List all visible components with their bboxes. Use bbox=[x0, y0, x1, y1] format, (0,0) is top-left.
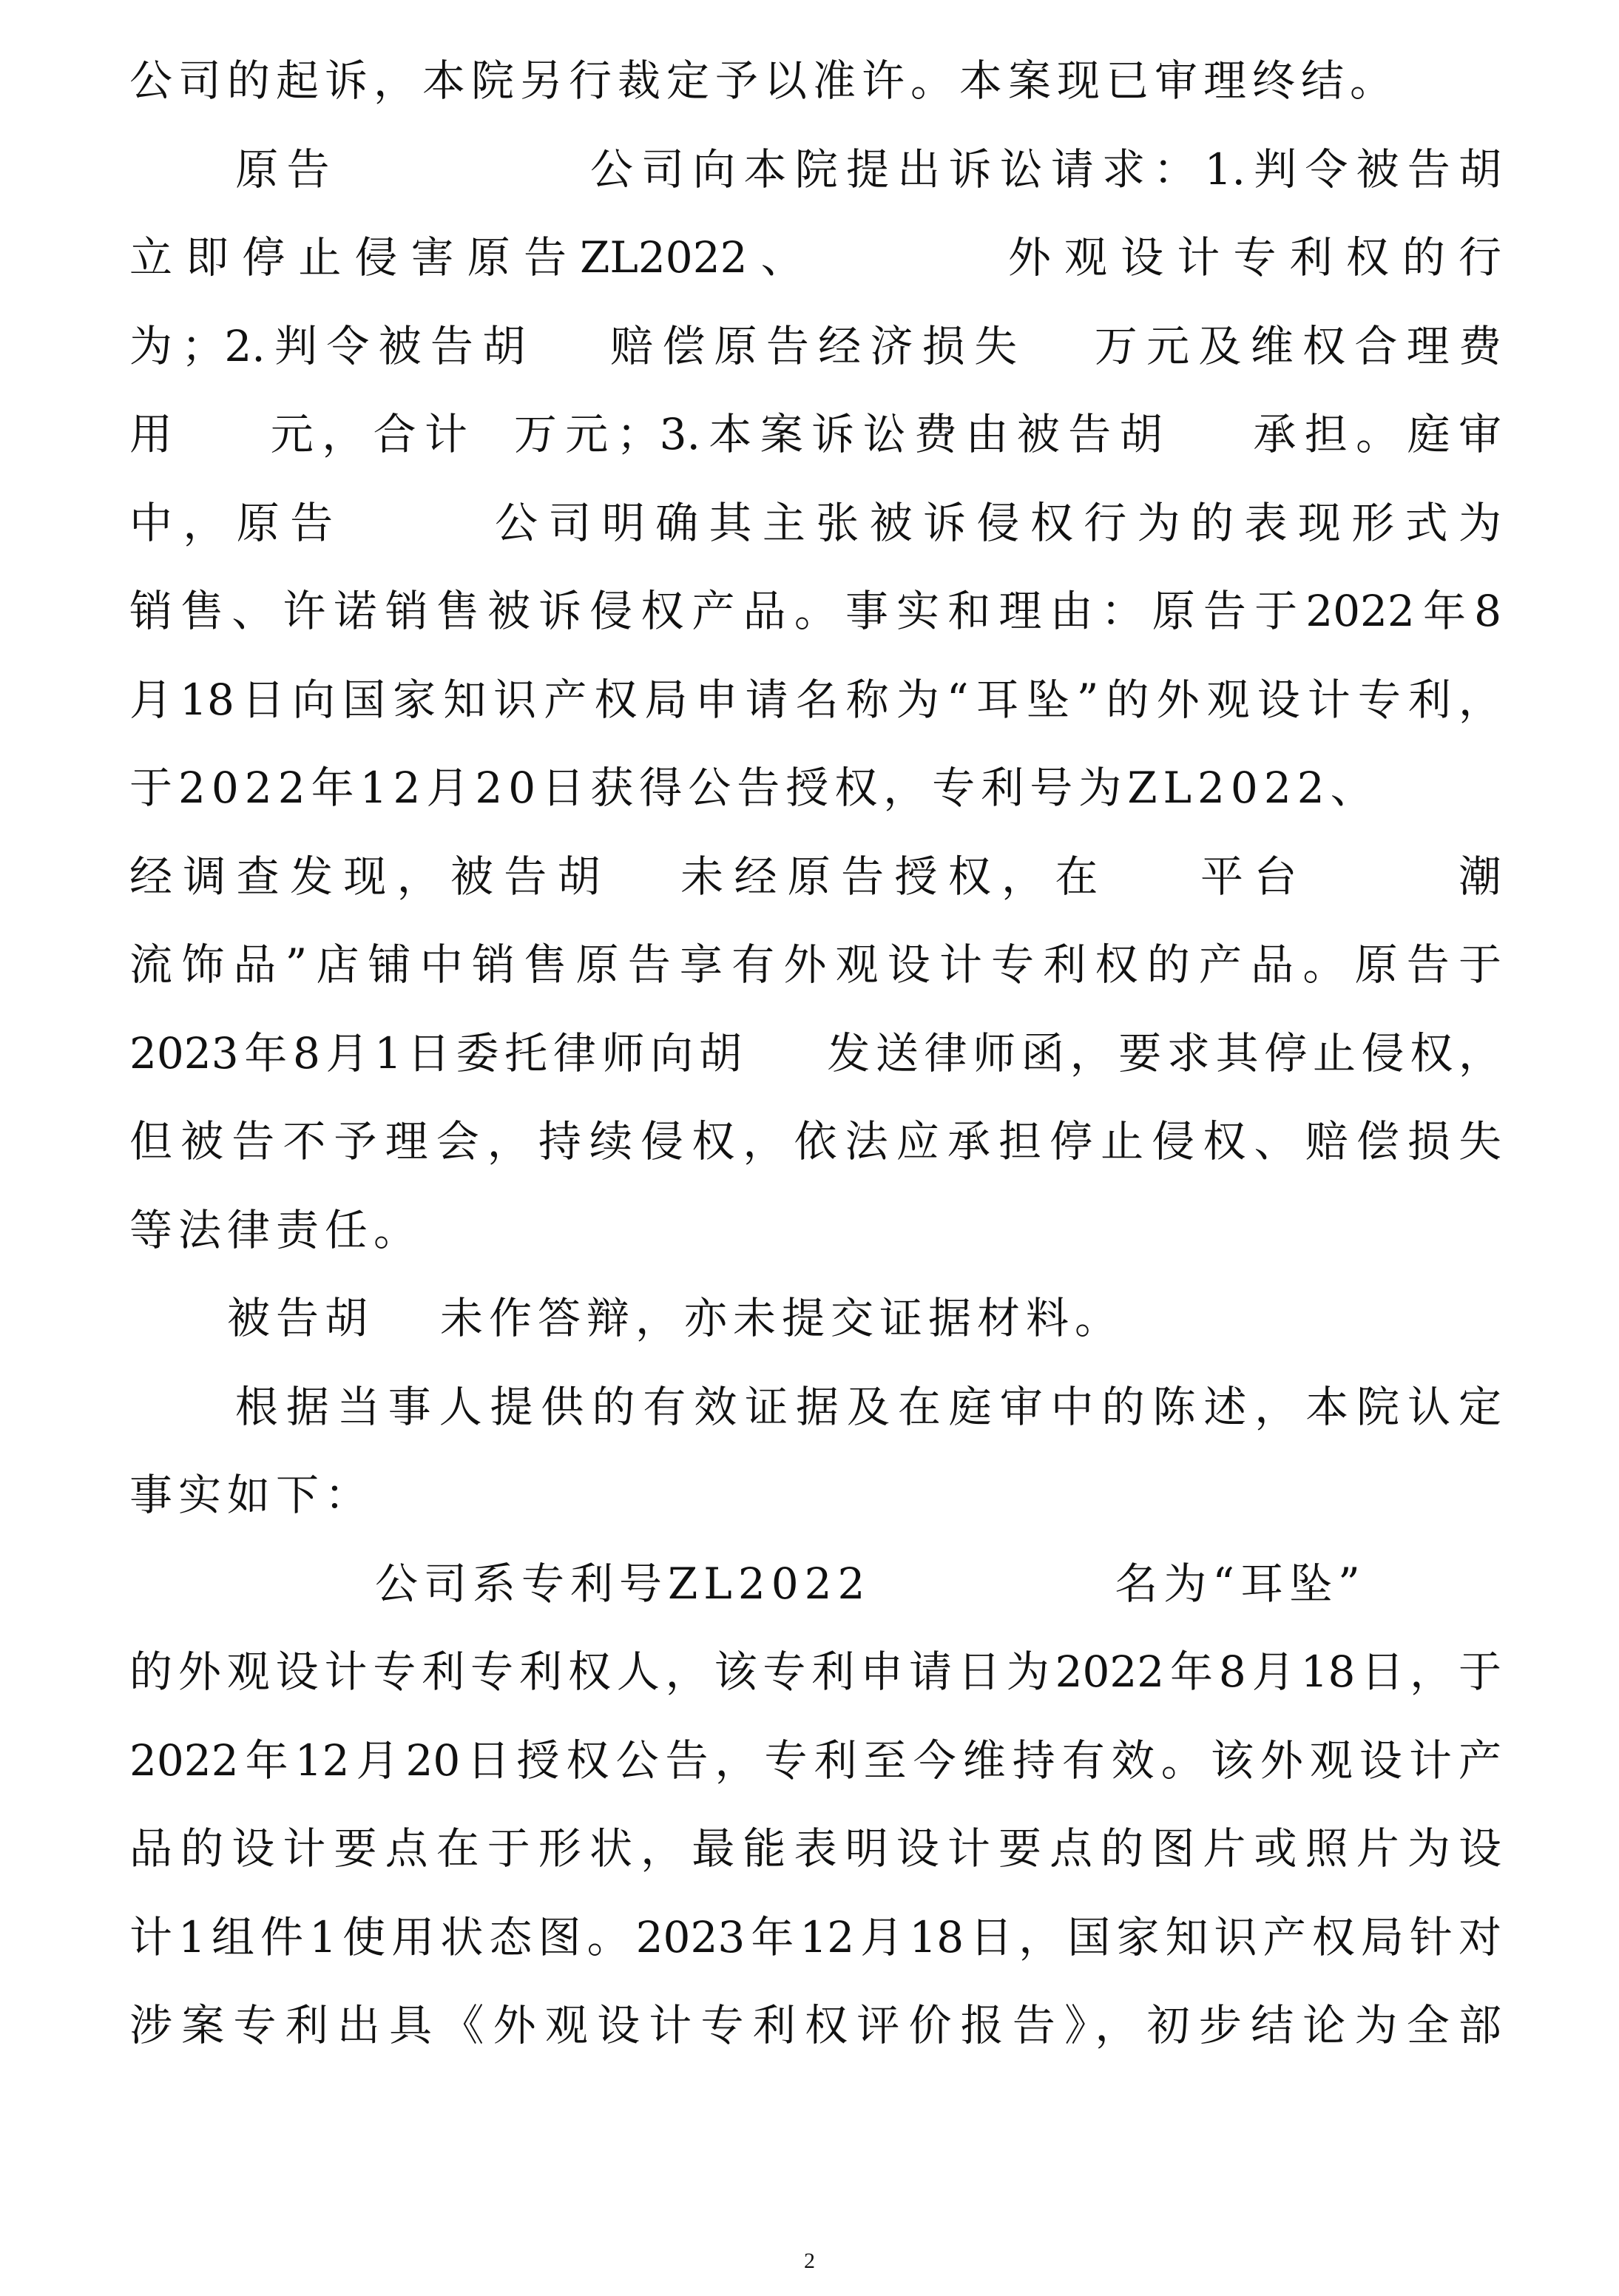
text-segment: 根据当事人提供的有效证据及在庭审中的陈述，本院认定 bbox=[227, 1382, 1501, 1432]
text-segment: 万元及维权合理费 bbox=[1085, 321, 1501, 371]
text-line: 计1组件1使用状态图。2023年12月18日，国家知识产权局针对 bbox=[129, 1894, 1501, 1982]
text-segment: 赔偿原告经济损失 bbox=[601, 321, 1027, 371]
text-line: 2023年8月1日委托律师向胡发送律师函，要求其停止侵权， bbox=[129, 1010, 1501, 1098]
text-line: 事实如下： bbox=[129, 1451, 1501, 1540]
text-line: 但被告不予理会，持续侵权，依法应承担停止侵权、赔偿损失 bbox=[129, 1098, 1501, 1186]
text-segment: 名为“耳坠” bbox=[1115, 1559, 1365, 1609]
text-line: 立即停止侵害原告ZL2022、外观设计专利权的行 bbox=[129, 214, 1501, 303]
text-segment: 2023年8月1日委托律师向胡 bbox=[129, 1028, 748, 1078]
text-segment: 于2022年12月20日获得公告授权，专利号为ZL2022、 bbox=[129, 763, 1379, 813]
text-segment: 的外观设计专利专利权人，该专利申请日为2022年8月18日，于 bbox=[129, 1647, 1501, 1697]
text-segment: 外观设计专利权的行 bbox=[995, 232, 1501, 283]
text-line: 等法律责任。 bbox=[129, 1186, 1501, 1275]
text-segment: 未作答辩，亦未提交证据材料。 bbox=[440, 1293, 1123, 1343]
text-segment: 月18日向国家知识产权局申请名称为“耳坠”的外观设计专利， bbox=[129, 675, 1501, 725]
text-segment: 原告 bbox=[227, 144, 338, 195]
text-segment: 承担。庭审 bbox=[1245, 409, 1501, 459]
text-segment: 事实如下： bbox=[129, 1470, 374, 1520]
text-line: 流饰品”店铺中销售原告享有外观设计专利权的产品。原告于 bbox=[129, 921, 1501, 1010]
text-segment: 被告胡 bbox=[227, 1293, 374, 1343]
text-segment: 公司系专利号ZL2022 bbox=[375, 1559, 871, 1609]
text-segment: 计1组件1使用状态图。2023年12月18日，国家知识产权局针对 bbox=[129, 1912, 1501, 1962]
page-number: 2 bbox=[0, 2249, 1619, 2274]
text-segment: 未经原告授权，在 bbox=[670, 851, 1109, 902]
judgment-body-text: 公司的起诉，本院另行裁定予以准许。本案现已审理终结。原告公司向本院提出诉讼请求：… bbox=[129, 37, 1501, 2070]
text-line: 被告胡未作答辩，亦未提交证据材料。 bbox=[129, 1274, 1501, 1363]
text-line: 中，原告公司明确其主张被诉侵权行为的表现形式为 bbox=[129, 479, 1501, 568]
text-line: 公司的起诉，本院另行裁定予以准许。本案现已审理终结。 bbox=[129, 37, 1501, 126]
text-line: 原告公司向本院提出诉讼请求：1.判令被告胡 bbox=[129, 126, 1501, 215]
text-segment: 涉案专利出具《外观设计专利权评价报告》，初步结论为全部 bbox=[129, 2000, 1501, 2050]
text-segment: 经调查发现，被告胡 bbox=[129, 851, 611, 902]
text-segment: 发送律师函，要求其停止侵权， bbox=[822, 1028, 1501, 1078]
paragraph-p3-findings-intro: 根据当事人提供的有效证据及在庭审中的陈述，本院认定事实如下： bbox=[129, 1363, 1501, 1540]
text-segment: 中，原告 bbox=[129, 498, 344, 548]
text-segment: 等法律责任。 bbox=[129, 1205, 422, 1255]
text-segment: 但被告不予理会，持续侵权，依法应承担停止侵权、赔偿损失 bbox=[129, 1116, 1501, 1166]
text-line: 的外观设计专利专利权人，该专利申请日为2022年8月18日，于 bbox=[129, 1628, 1501, 1717]
text-segment: 元，合计 bbox=[262, 409, 476, 459]
paragraph-p4-findings: 公司系专利号ZL2022名为“耳坠”的外观设计专利专利权人，该专利申请日为202… bbox=[129, 1540, 1501, 2070]
paragraph-p1-plaintiff-claims: 原告公司向本院提出诉讼请求：1.判令被告胡立即停止侵害原告ZL2022、外观设计… bbox=[129, 126, 1501, 1275]
text-segment: 品的设计要点在于形状，最能表明设计要点的图片或照片为设 bbox=[129, 1823, 1501, 1874]
text-segment: 潮 bbox=[1448, 851, 1501, 902]
text-line: 涉案专利出具《外观设计专利权评价报告》，初步结论为全部 bbox=[129, 1982, 1501, 2070]
text-segment: 公司的起诉，本院另行裁定予以准许。本案现已审理终结。 bbox=[129, 55, 1399, 106]
text-segment: 销售、许诺销售被诉侵权产品。事实和理由：原告于2022年8 bbox=[129, 586, 1501, 636]
text-line: 销售、许诺销售被诉侵权产品。事实和理由：原告于2022年8 bbox=[129, 567, 1501, 656]
text-segment: 公司向本院提出诉讼请求：1.判令被告胡 bbox=[582, 144, 1501, 195]
text-segment: 万元；3.本案诉讼费由被告胡 bbox=[505, 409, 1171, 459]
text-line: 公司系专利号ZL2022名为“耳坠” bbox=[129, 1540, 1501, 1629]
paragraph-p2-defendant-response: 被告胡未作答辩，亦未提交证据材料。 bbox=[129, 1274, 1501, 1363]
text-segment: 为；2.判令被告胡 bbox=[129, 321, 535, 371]
text-segment: 平台 bbox=[1190, 851, 1308, 902]
text-line: 用元，合计万元；3.本案诉讼费由被告胡承担。庭审 bbox=[129, 391, 1501, 479]
text-segment: 流饰品”店铺中销售原告享有外观设计专利权的产品。原告于 bbox=[129, 939, 1501, 990]
text-segment: 立即停止侵害原告ZL2022、 bbox=[129, 232, 817, 283]
paragraph-p0-continuation: 公司的起诉，本院另行裁定予以准许。本案现已审理终结。 bbox=[129, 37, 1501, 126]
text-line: 于2022年12月20日获得公告授权，专利号为ZL2022、 bbox=[129, 744, 1501, 833]
text-line: 根据当事人提供的有效证据及在庭审中的陈述，本院认定 bbox=[129, 1363, 1501, 1452]
text-line: 2022年12月20日授权公告，专利至今维持有效。该外观设计产 bbox=[129, 1717, 1501, 1806]
text-line: 品的设计要点在于形状，最能表明设计要点的图片或照片为设 bbox=[129, 1805, 1501, 1894]
text-line: 经调查发现，被告胡未经原告授权，在平台潮 bbox=[129, 833, 1501, 922]
text-segment: 公司明确其主张被诉侵权行为的表现形式为 bbox=[484, 498, 1501, 548]
text-segment: 用 bbox=[129, 409, 180, 459]
text-segment: 2022年12月20日授权公告，专利至今维持有效。该外观设计产 bbox=[129, 1735, 1501, 1786]
text-line: 为；2.判令被告胡赔偿原告经济损失万元及维权合理费 bbox=[129, 303, 1501, 391]
document-page: 公司的起诉，本院另行裁定予以准许。本案现已审理终结。原告公司向本院提出诉讼请求：… bbox=[0, 0, 1619, 2296]
text-line: 月18日向国家知识产权局申请名称为“耳坠”的外观设计专利， bbox=[129, 656, 1501, 745]
